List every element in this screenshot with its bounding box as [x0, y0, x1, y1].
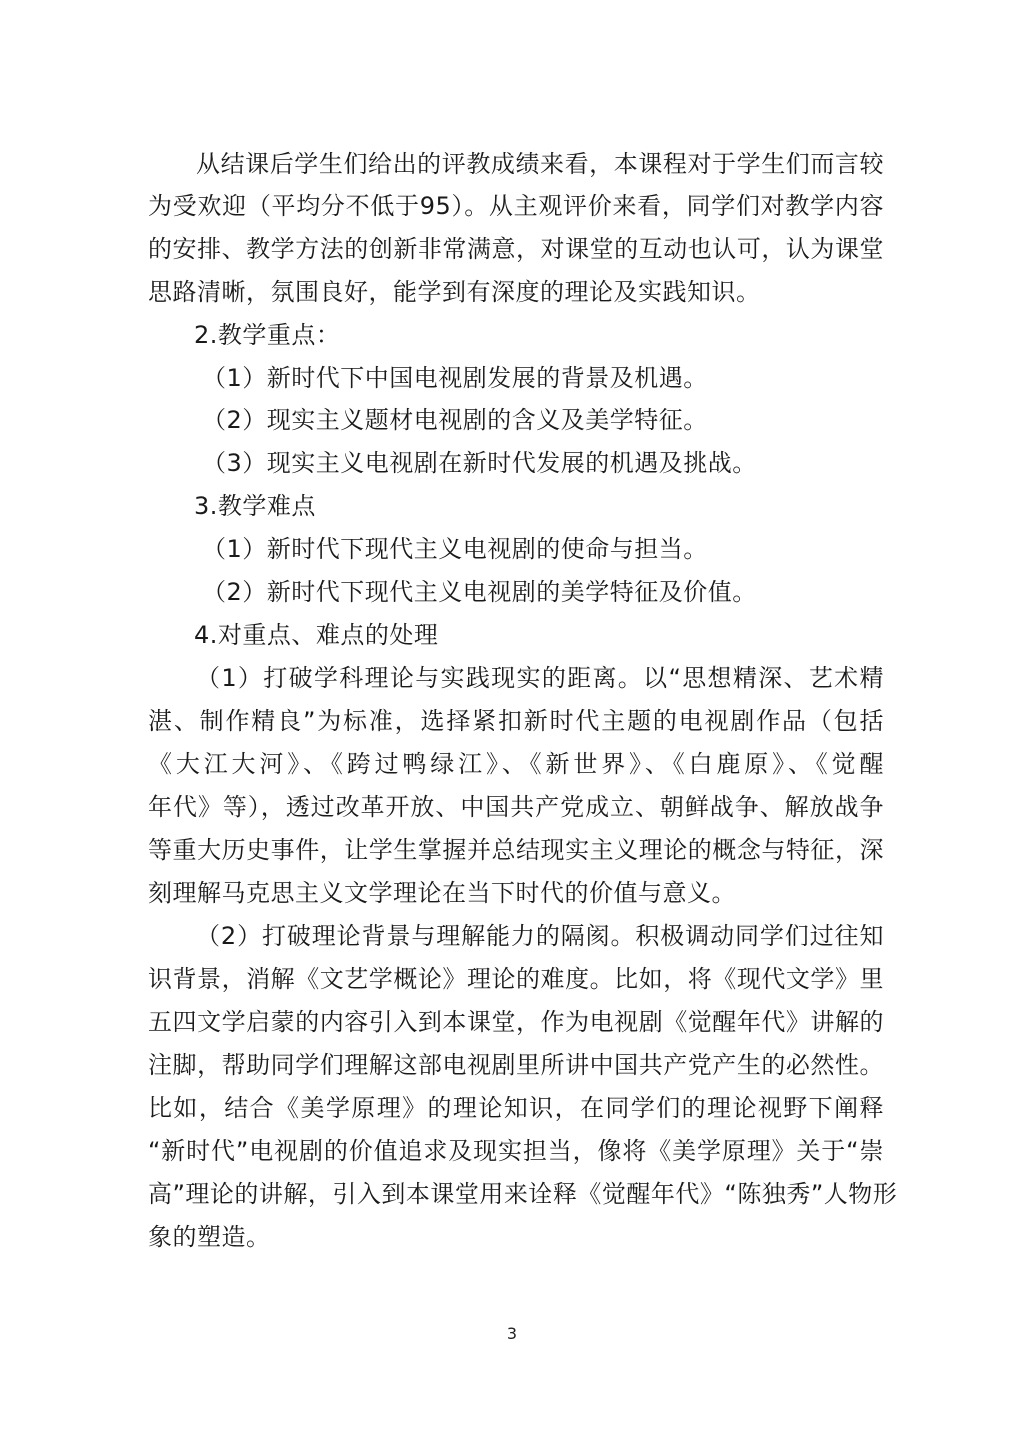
body-text-line: 《大江大河》、《跨过鸭绿江》、《新世界》、《白鹿原》、《觉醒	[148, 749, 884, 779]
body-text-line: （1）打破学科理论与实践现实的距离。以“思想精深、艺术精	[196, 663, 884, 693]
list-item: （1）新时代下中国电视剧发展的背景及机遇。	[202, 363, 938, 393]
body-text-line: 识背景，消解《文艺学概论》理论的难度。比如，将《现代文学》里	[148, 964, 884, 994]
body-text-line: 比如，结合《美学原理》的理论知识，在同学们的理论视野下阐释	[148, 1093, 884, 1123]
list-item: （2）现实主义题材电视剧的含义及美学特征。	[202, 405, 938, 435]
page-number: 3	[0, 1324, 1024, 1344]
list-item: （3）现实主义电视剧在新时代发展的机遇及挑战。	[202, 448, 938, 478]
body-text-line: 湛、制作精良”为标准，选择紧扣新时代主题的电视剧作品（包括	[148, 706, 884, 736]
body-text-line: （2）打破理论背景与理解能力的隔阂。积极调动同学们过往知	[196, 921, 884, 951]
body-text-line: 的安排、教学方法的创新非常满意，对课堂的互动也认可，认为课堂	[148, 234, 884, 264]
body-text-line: 注脚，帮助同学们理解这部电视剧里所讲中国共产党产生的必然性。	[148, 1050, 884, 1080]
body-text-line: 思路清晰，氛围良好，能学到有深度的理论及实践知识。	[148, 277, 884, 307]
body-text-line: “新时代”电视剧的价值追求及现实担当，像将《美学原理》关于“崇	[148, 1136, 884, 1166]
body-text-line: 五四文学启蒙的内容引入到本课堂，作为电视剧《觉醒年代》讲解的	[148, 1007, 884, 1037]
body-text-line: 为受欢迎（平均分不低于95）。从主观评价来看，同学们对教学内容	[148, 191, 884, 221]
section-heading-teaching-focus: 2.教学重点：	[194, 320, 930, 350]
body-text-line: 高”理论的讲解，引入到本课堂用来诠释《觉醒年代》“陈独秀”人物形	[148, 1179, 884, 1209]
section-heading-handling: 4.对重点、难点的处理	[194, 620, 930, 650]
section-heading-teaching-difficulties: 3.教学难点	[194, 491, 930, 521]
body-text-line: 象的塑造。	[148, 1222, 884, 1252]
body-text-line: 年代》等），透过改革开放、中国共产党成立、朝鲜战争、解放战争	[148, 792, 884, 822]
list-item: （1）新时代下现代主义电视剧的使命与担当。	[202, 534, 938, 564]
document-page: 从结课后学生们给出的评教成绩来看，本课程对于学生们而言较 为受欢迎（平均分不低于…	[0, 0, 1024, 1449]
body-text-line: 刻理解马克思主义文学理论在当下时代的价值与意义。	[148, 878, 884, 908]
body-text-line: 从结课后学生们给出的评教成绩来看，本课程对于学生们而言较	[196, 149, 884, 179]
body-text-line: 等重大历史事件，让学生掌握并总结现实主义理论的概念与特征，深	[148, 835, 884, 865]
list-item: （2）新时代下现代主义电视剧的美学特征及价值。	[202, 577, 938, 607]
